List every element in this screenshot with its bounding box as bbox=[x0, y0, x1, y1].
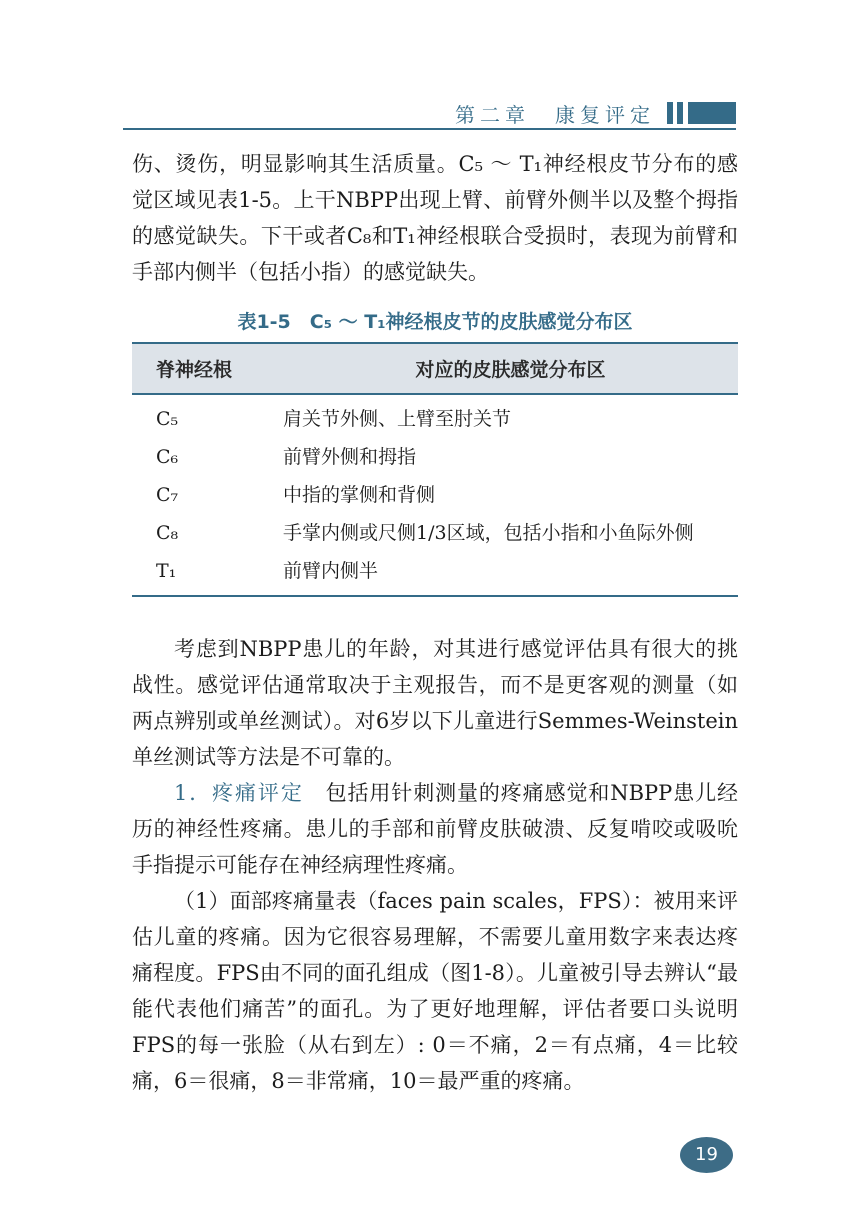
chapter-title: 第二章 康复评定 bbox=[455, 99, 655, 128]
cell-root: C₆ bbox=[132, 438, 283, 476]
paragraph-sensory-areas: 伤、烫伤，明显影响其生活质量。C₅ ～ T₁神经根皮节分布的感觉区域见表1-5。… bbox=[132, 146, 738, 290]
table-row: T₁ 前臂内侧半 bbox=[132, 552, 738, 596]
table-row: C₆ 前臂外侧和拇指 bbox=[132, 438, 738, 476]
table-row: C₅ 肩关节外侧、上臂至肘关节 bbox=[132, 394, 738, 438]
deco-block-icon bbox=[688, 102, 736, 124]
column-header-spinal-root: 脊神经根 bbox=[132, 343, 283, 394]
table-header-row: 脊神经根 对应的皮肤感觉分布区 bbox=[132, 343, 738, 394]
pain-assessment-subheading: 1．疼痛评定 bbox=[174, 781, 304, 805]
table-row: C₇ 中指的掌侧和背侧 bbox=[132, 476, 738, 514]
column-header-skin-area: 对应的皮肤感觉分布区 bbox=[283, 343, 738, 394]
table-caption: 表1-5 C₅ ～ T₁神经根皮节的皮肤感觉分布区 bbox=[132, 308, 738, 336]
cell-area: 肩关节外侧、上臂至肘关节 bbox=[283, 394, 738, 438]
paragraph-sensory-evaluation: 考虑到NBPP患儿的年龄，对其进行感觉评估具有很大的挑战性。感觉评估通常取决于主… bbox=[132, 631, 738, 775]
cell-area: 前臂外侧和拇指 bbox=[283, 438, 738, 476]
page-number-badge: 19 bbox=[680, 1137, 733, 1173]
paragraph-pain-assessment: 1．疼痛评定 包括用针刺测量的疼痛感觉和NBPP患儿经历的神经性疼痛。患儿的手部… bbox=[132, 775, 738, 883]
cell-root: C₅ bbox=[132, 394, 283, 438]
deco-bar-icon bbox=[677, 102, 683, 124]
cell-root: T₁ bbox=[132, 552, 283, 596]
header-decoration bbox=[663, 102, 736, 124]
header-rule bbox=[123, 128, 736, 130]
cell-root: C₈ bbox=[132, 514, 283, 552]
cell-area: 中指的掌侧和背侧 bbox=[283, 476, 738, 514]
table-body: C₅ 肩关节外侧、上臂至肘关节 C₆ 前臂外侧和拇指 C₇ 中指的掌侧和背侧 C… bbox=[132, 394, 738, 596]
dermatome-table: 脊神经根 对应的皮肤感觉分布区 C₅ 肩关节外侧、上臂至肘关节 C₆ 前臂外侧和… bbox=[132, 342, 738, 597]
table-header: 脊神经根 对应的皮肤感觉分布区 bbox=[132, 343, 738, 394]
cell-area: 前臂内侧半 bbox=[283, 552, 738, 596]
running-head: 第二章 康复评定 bbox=[123, 100, 736, 126]
cell-root: C₇ bbox=[132, 476, 283, 514]
cell-area: 手掌内侧或尺侧1/3区域，包括小指和小鱼际外侧 bbox=[283, 514, 738, 552]
deco-bar-icon bbox=[667, 102, 673, 124]
page-body: 伤、烫伤，明显影响其生活质量。C₅ ～ T₁神经根皮节分布的感觉区域见表1-5。… bbox=[132, 146, 738, 1099]
paragraph-faces-pain-scale: （1）面部疼痛量表（faces pain scales，FPS）：被用来评估儿童… bbox=[132, 883, 738, 1099]
table-row: C₈ 手掌内侧或尺侧1/3区域，包括小指和小鱼际外侧 bbox=[132, 514, 738, 552]
